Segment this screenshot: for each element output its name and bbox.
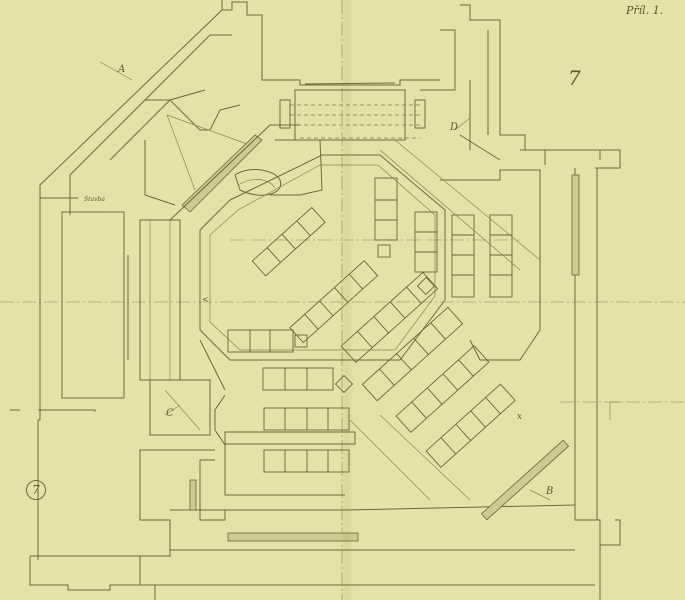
- room-note-label: Stavba: [84, 196, 105, 203]
- side-mark-right: x: [517, 412, 522, 422]
- section-marker-c: C: [166, 408, 174, 419]
- sheet-label: Příl. 1.: [626, 4, 663, 17]
- section-marker-d: D: [450, 122, 458, 133]
- floor-plan-drawing: [0, 0, 685, 600]
- room-number-circled: 7: [26, 480, 46, 500]
- floor-plan-sheet: Příl. 1. 7 7 A B C D Stavba < x: [0, 0, 685, 600]
- side-mark-left: <: [202, 295, 209, 304]
- section-marker-a: A: [118, 64, 125, 75]
- section-marker-b: B: [546, 486, 553, 497]
- room-number-top-right: 7: [568, 66, 581, 90]
